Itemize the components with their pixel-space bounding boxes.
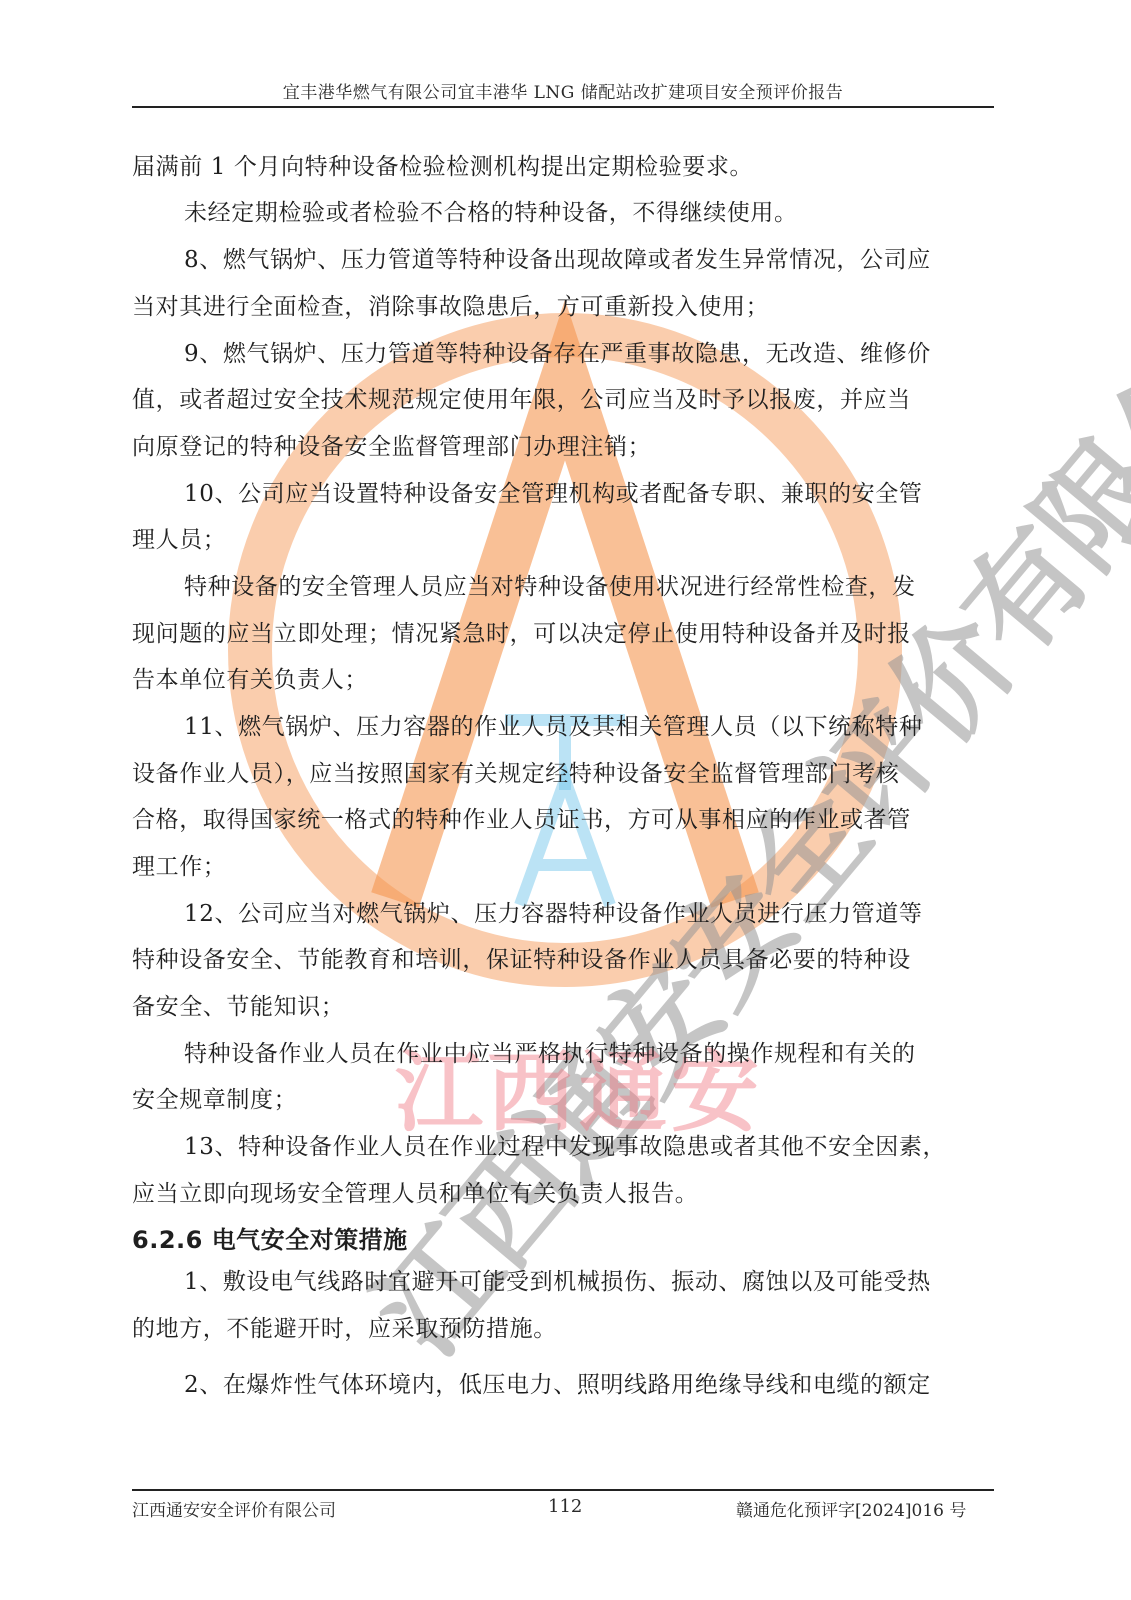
paragraph-line: 9、燃气锅炉、压力管道等特种设备存在严重事故隐患，无改造、维修价 <box>184 339 931 369</box>
paragraph-line: 13、特种设备作业人员在作业过程中发现事故隐患或者其他不安全因素， <box>184 1132 946 1162</box>
paragraph-line: 当对其进行全面检查，消除事故隐患后，方可重新投入使用； <box>132 292 769 322</box>
paragraph-line: 届满前 1 个月向特种设备检验检测机构提出定期检验要求。 <box>132 152 753 182</box>
paragraph-line: 安全规章制度； <box>132 1085 297 1115</box>
paragraph-line: 现问题的应当立即处理；情况紧急时，可以决定停止使用特种设备并及时报 <box>132 619 911 649</box>
page-header-title: 宜丰港华燃气有限公司宜丰港华 LNG 储配站改扩建项目安全预评价报告 <box>132 78 994 103</box>
paragraph-line: 12、公司应当对燃气锅炉、压力容器特种设备作业人员进行压力管道等 <box>184 899 922 929</box>
footer-company: 江西通安安全评价有限公司 <box>132 1496 336 1521</box>
paragraph-line: 备安全、节能知识； <box>132 992 344 1022</box>
header-divider <box>132 106 994 108</box>
paragraph-line: 10、公司应当设置特种设备安全管理机构或者配备专职、兼职的安全管 <box>184 479 922 509</box>
paragraph-line: 设备作业人员），应当按照国家有关规定经特种设备安全监督管理部门考核 <box>132 759 899 789</box>
paragraph-line: 理人员； <box>132 525 226 555</box>
footer-divider <box>132 1489 994 1491</box>
paragraph-line: 向原登记的特种设备安全监督管理部门办理注销； <box>132 432 651 462</box>
paragraph-line: 特种设备安全、节能教育和培训，保证特种设备作业人员具备必要的特种设 <box>132 945 911 975</box>
paragraph-line: 未经定期检验或者检验不合格的特种设备，不得继续使用。 <box>184 198 798 228</box>
paragraph-line: 告本单位有关负责人； <box>132 665 368 695</box>
paragraph-line: 1、敷设电气线路时宜避开可能受到机械损伤、振动、腐蚀以及可能受热 <box>184 1267 931 1297</box>
paragraph-line: 合格，取得国家统一格式的特种作业人员证书，方可从事相应的作业或者管 <box>132 805 911 835</box>
watermark-logo-icon <box>0 0 1131 1600</box>
page-number: 112 <box>548 1496 582 1517</box>
footer-doc-number: 赣通危化预评字[2024]016 号 <box>736 1496 966 1521</box>
watermark: 江西通安安全评价有限公司 江西通安 <box>0 0 1131 1600</box>
paragraph-line: 8、燃气锅炉、压力管道等特种设备出现故障或者发生异常情况，公司应 <box>184 245 931 275</box>
paragraph-line: 2、在爆炸性气体环境内，低压电力、照明线路用绝缘导线和电缆的额定 <box>184 1370 931 1400</box>
paragraph-line: 值，或者超过安全技术规范规定使用年限，公司应当及时予以报废，并应当 <box>132 385 911 415</box>
paragraph-line: 11、燃气锅炉、压力容器的作业人员及其相关管理人员（以下统称特种 <box>184 712 922 742</box>
section-heading: 6.2.6 电气安全对策措施 <box>132 1225 408 1255</box>
paragraph-line: 应当立即向现场安全管理人员和单位有关负责人报告。 <box>132 1179 698 1209</box>
paragraph-line: 特种设备作业人员在作业中应当严格执行特种设备的操作规程和有关的 <box>184 1039 916 1069</box>
paragraph-line: 理工作； <box>132 852 226 882</box>
paragraph-line: 的地方，不能避开时，应采取预防措施。 <box>132 1314 557 1344</box>
document-page: 江西通安安全评价有限公司 江西通安 宜丰港华燃气有限公司宜丰港华 LNG 储配站… <box>0 0 1131 1600</box>
paragraph-line: 特种设备的安全管理人员应当对特种设备使用状况进行经常性检查，发 <box>184 572 916 602</box>
